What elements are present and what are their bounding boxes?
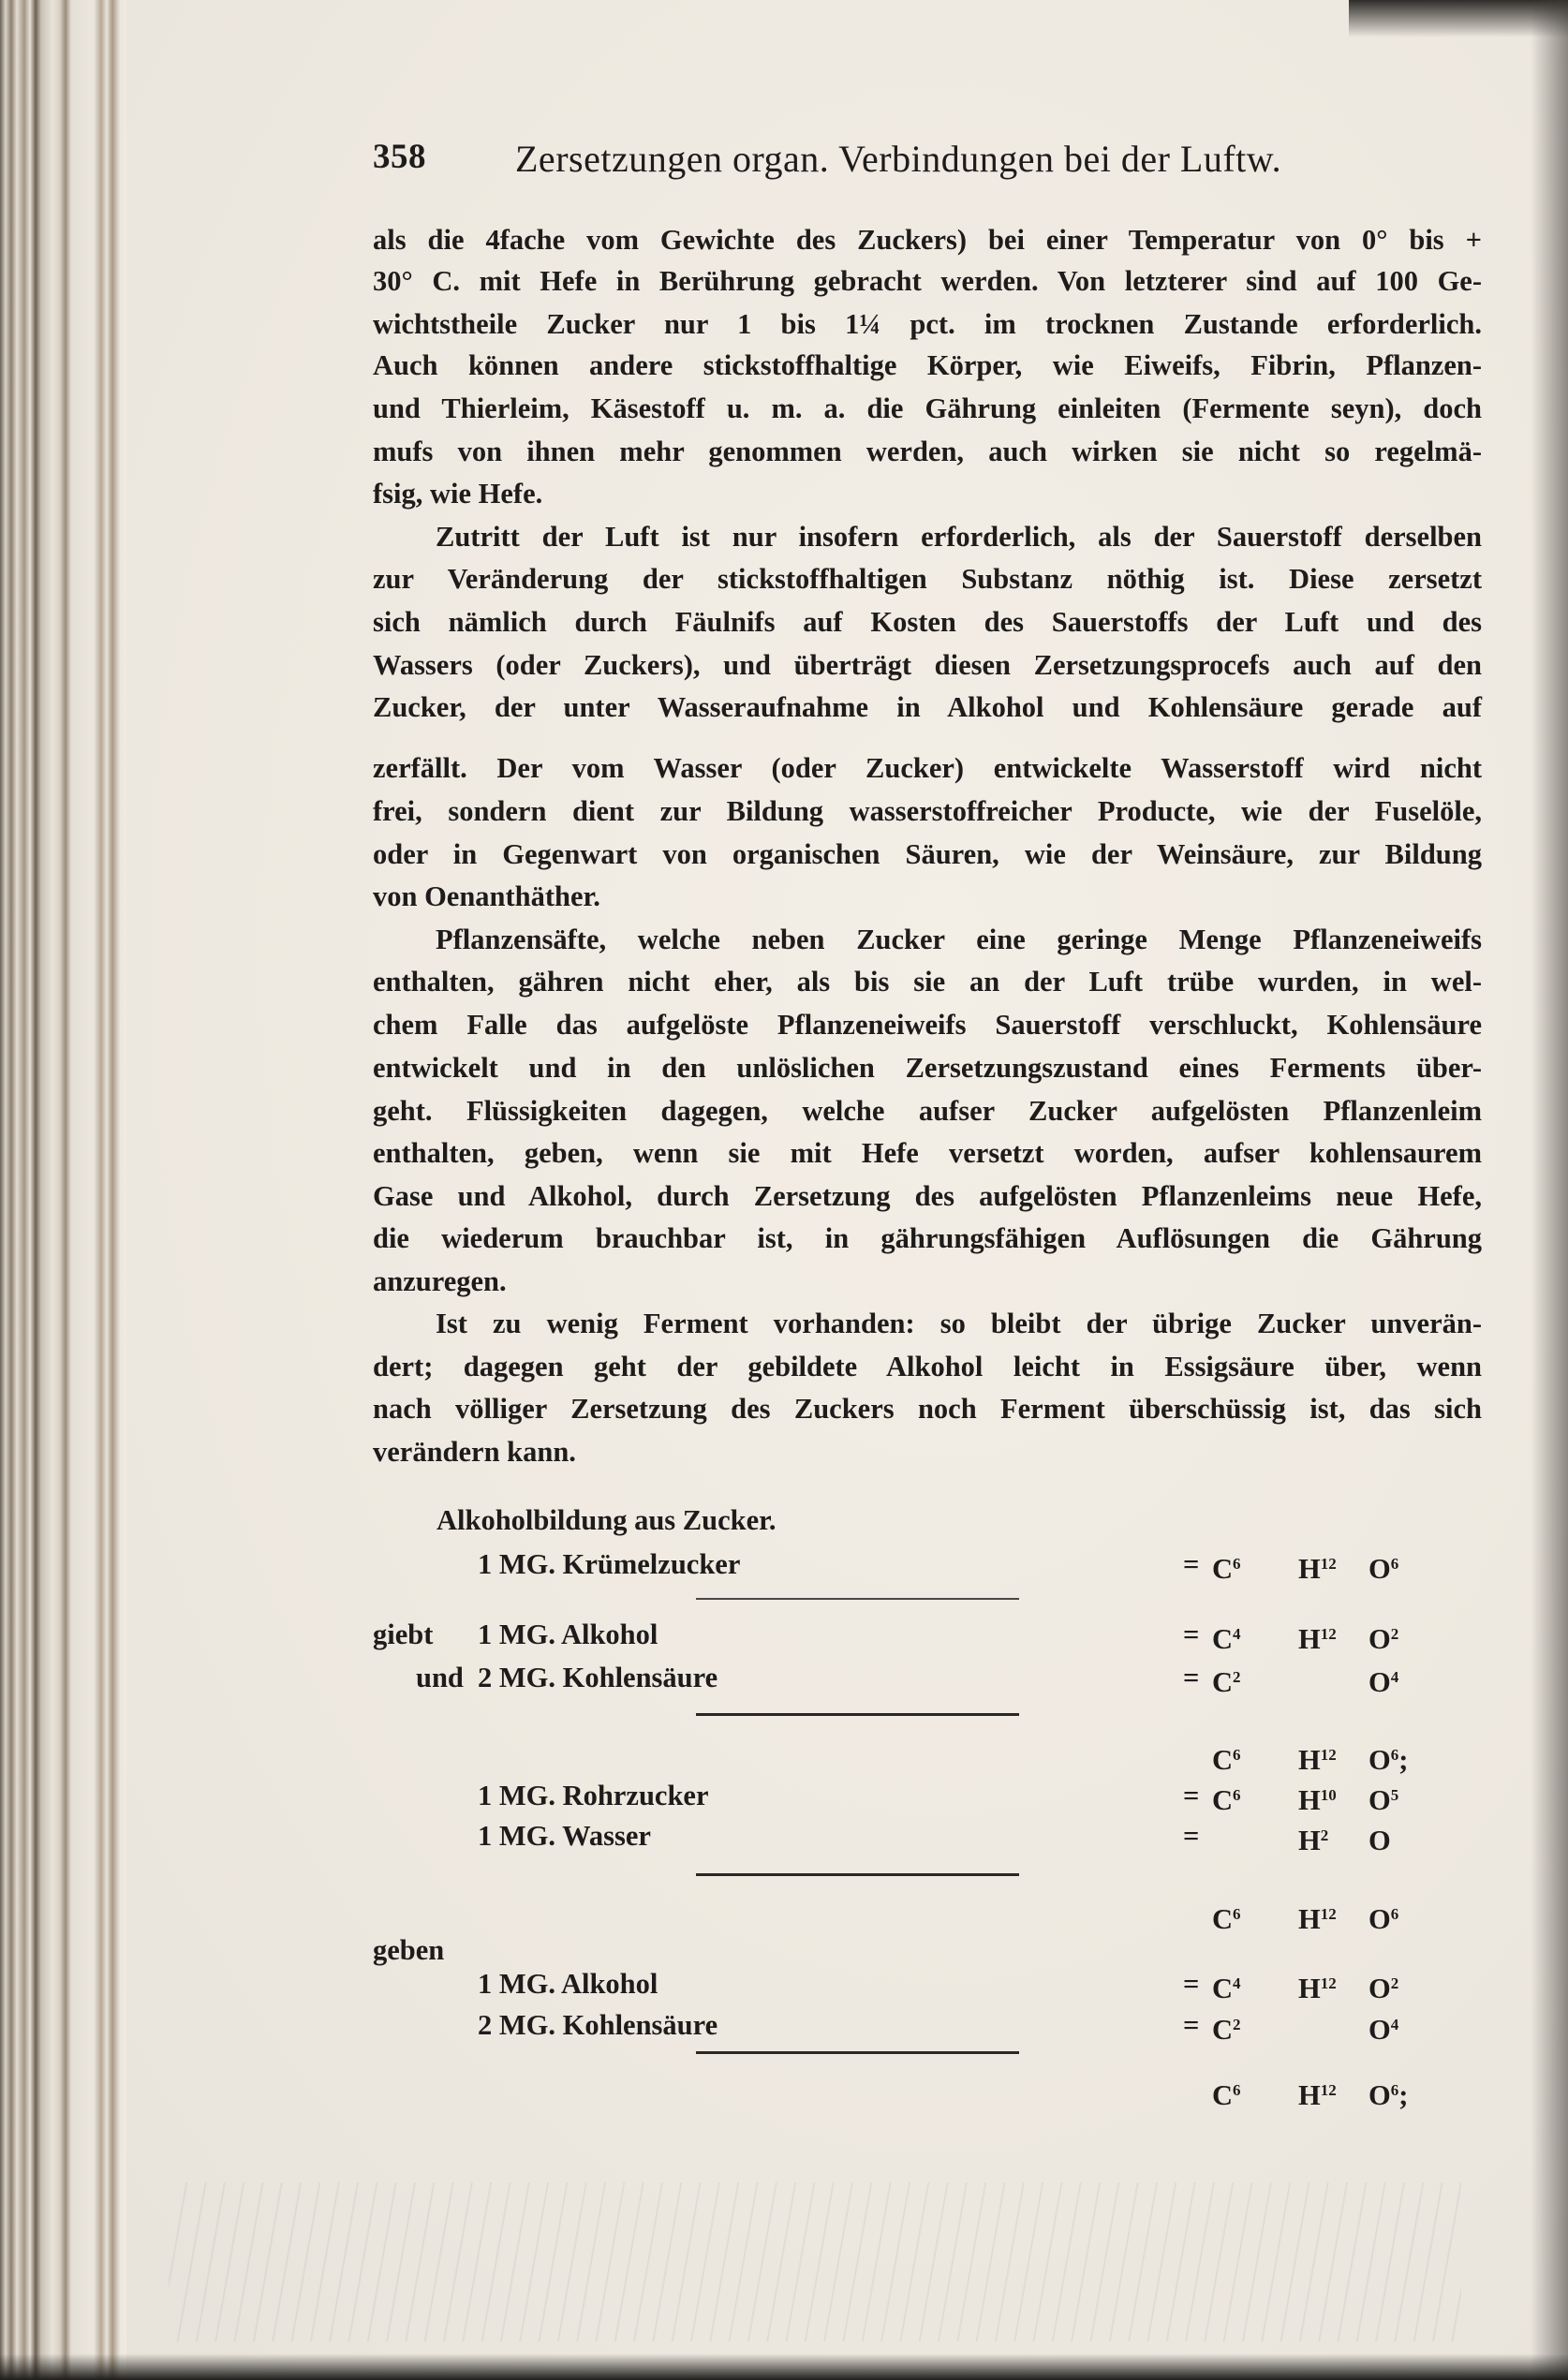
stacked-page-edges <box>0 0 126 2380</box>
text-line: zerfällt. Der vom Wasser (oder Zucker) e… <box>373 749 1482 787</box>
equals-sign: = <box>1183 1545 1199 1583</box>
hydrogen: H2 <box>1298 1817 1328 1859</box>
page-number: 358 <box>373 137 426 177</box>
oxygen: O2 <box>1368 1616 1398 1658</box>
equals-sign: = <box>1183 1777 1199 1814</box>
oxygen: O6; <box>1368 1737 1408 1779</box>
hydrogen: H12 <box>1298 1965 1337 2007</box>
equation-heading: Alkoholbildung aus Zucker. <box>436 1501 777 1539</box>
paragraph-start-line: Zutritt der Luft ist nur insofern erford… <box>436 518 1482 555</box>
text-line: anzuregen. <box>373 1263 1482 1300</box>
text-line: oder in Gegenwart von organischen Säuren… <box>373 835 1482 873</box>
oxygen: O5 <box>1368 1777 1398 1819</box>
equation-row-geben: geben <box>373 1931 1403 1969</box>
carbon: C6 <box>1212 1777 1241 1819</box>
text-line: enthalten, gähren nicht eher, als bis si… <box>373 963 1482 1000</box>
paragraph-start-line: Pflanzensäfte, welche neben Zucker eine … <box>436 921 1482 958</box>
paragraph-start-line: Ist zu wenig Ferment vorhanden: so bleib… <box>436 1305 1482 1342</box>
equation-row-kohlensaeure: und 2 MG. Kohlensäure = C2 O4 <box>373 1659 1403 1696</box>
text-line: Wassers (oder Zuckers), und überträgt di… <box>373 646 1482 684</box>
equation-label: 1 MG. Wasser <box>478 1817 651 1855</box>
equation-prefix: geben <box>373 1931 444 1969</box>
hydrogen: H10 <box>1298 1777 1337 1819</box>
carbon: C6 <box>1212 1545 1241 1588</box>
equation-label: 2 MG. Kohlensäure <box>478 2006 717 2044</box>
equals-sign: = <box>1183 1965 1199 2003</box>
equals-sign: = <box>1183 1616 1199 1653</box>
text-line: mufs von ihnen mehr genommen werden, auc… <box>373 433 1482 470</box>
running-head-title: Zersetzungen organ. Verbindungen bei der… <box>515 137 1281 181</box>
right-shadow <box>1531 0 1568 2380</box>
text-line: Gase und Alkohol, durch Zersetzung des a… <box>373 1177 1482 1215</box>
equation-label: 2 MG. Kohlensäure <box>478 1659 717 1696</box>
text-line: Zucker, der unter Wasseraufnahme in Alko… <box>373 688 1482 726</box>
text-line: wichtstheile Zucker nur 1 bis 1¼ pct. im… <box>373 305 1482 343</box>
equals-sign: = <box>1183 2006 1199 2044</box>
text-line: als die 4fache vom Gewichte des Zuckers)… <box>373 221 1482 259</box>
book-page: 358 Zersetzungen organ. Verbindungen bei… <box>0 0 1568 2380</box>
carbon: C2 <box>1212 2006 1241 2048</box>
text-line: zur Veränderung der stickstoffhaltigen S… <box>373 560 1482 598</box>
equation-row-kohlensaeure-2: 2 MG. Kohlensäure = C2 O4 <box>373 2006 1403 2044</box>
text-line: 30° C. mit Hefe in Berührung gebracht we… <box>373 262 1482 300</box>
text-line: von Oenanthäther. <box>373 878 1482 915</box>
equation-label: 1 MG. Rohrzucker <box>478 1777 709 1814</box>
equation-rule <box>696 1598 1019 1600</box>
equals-sign: = <box>1183 1817 1199 1855</box>
handwriting-bleed-through <box>169 2182 1461 2342</box>
text-line: enthalten, geben, wenn sie mit Hefe vers… <box>373 1134 1482 1172</box>
running-header: 358 Zersetzungen organ. Verbindungen bei… <box>373 137 1459 184</box>
hydrogen: H12 <box>1298 1616 1337 1658</box>
equation-sum-rule <box>696 1873 1019 1876</box>
oxygen: O4 <box>1368 2006 1398 2048</box>
bottom-shadow <box>0 2354 1568 2380</box>
equation-prefix: giebt <box>373 1616 433 1653</box>
hydrogen: H12 <box>1298 1545 1337 1588</box>
oxygen: O2 <box>1368 1965 1398 2007</box>
equation-row-sum: C6 H12 O6; <box>373 2072 1403 2109</box>
equation-label: 1 MG. Alkohol <box>478 1965 658 2003</box>
text-line: verändern kann. <box>373 1433 1482 1471</box>
hydrogen: H12 <box>1298 1737 1337 1779</box>
text-line: sich nämlich durch Fäulnifs auf Kosten d… <box>373 603 1482 641</box>
oxygen: O6 <box>1368 1545 1398 1588</box>
carbon: C4 <box>1212 1965 1241 2007</box>
text-line: nach völliger Zersetzung des Zuckers noc… <box>373 1390 1482 1427</box>
equation-row-rohrzucker: 1 MG. Rohrzucker = C6 H10 O5 <box>373 1777 1403 1814</box>
text-line: entwickelt und in den unlöslichen Zerset… <box>373 1049 1482 1087</box>
carbon: C4 <box>1212 1616 1241 1658</box>
carbon: C6 <box>1212 1737 1241 1779</box>
text-line: dert; dagegen geht der gebildete Alkohol… <box>373 1348 1482 1385</box>
oxygen: O <box>1368 1817 1391 1859</box>
text-line: geht. Flüssigkeiten dagegen, welche aufs… <box>373 1092 1482 1130</box>
hydrogen: H12 <box>1298 2072 1337 2114</box>
equation-label: 1 MG. Krümelzucker <box>478 1545 740 1583</box>
equation-label: 1 MG. Alkohol <box>478 1616 658 1653</box>
equation-row-kruemelzucker: 1 MG. Krümelzucker = C6 H12 O6 <box>373 1545 1403 1583</box>
oxygen: O4 <box>1368 1659 1398 1701</box>
equation-sum-rule <box>696 2051 1019 2054</box>
oxygen: O6; <box>1368 2072 1408 2114</box>
equation-row-sum: C6 H12 O6; <box>373 1737 1403 1774</box>
carbon: C6 <box>1212 2072 1241 2114</box>
equation-row-sum: C6 H12 O6 <box>373 1896 1403 1933</box>
text-line: fsig, wie Hefe. <box>373 475 1482 512</box>
equation-row-alkohol-2: 1 MG. Alkohol = C4 H12 O2 <box>373 1965 1403 2003</box>
text-line: frei, sondern dient zur Bildung wasserst… <box>373 792 1482 830</box>
text-line: Auch können andere stickstoffhaltige Kör… <box>373 347 1482 384</box>
equation-sum-rule <box>696 1713 1019 1716</box>
equals-sign: = <box>1183 1659 1199 1696</box>
equation-row-alkohol: giebt 1 MG. Alkohol = C4 H12 O2 <box>373 1616 1403 1653</box>
equation-prefix: und <box>416 1659 464 1696</box>
text-line: und Thierleim, Käsestoff u. m. a. die Gä… <box>373 390 1482 427</box>
text-line: die wiederum brauchbar ist, in gährungsf… <box>373 1220 1482 1257</box>
text-line: chem Falle das aufgelöste Pflanzeneiweif… <box>373 1006 1482 1043</box>
equation-row-wasser: 1 MG. Wasser = H2 O <box>373 1817 1403 1855</box>
carbon: C2 <box>1212 1659 1241 1701</box>
